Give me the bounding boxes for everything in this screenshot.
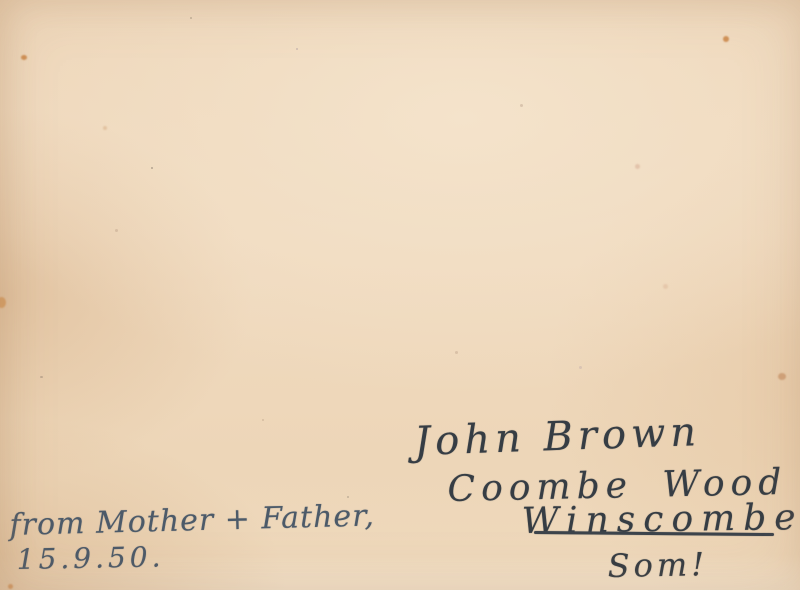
foxing-spot (0, 297, 6, 308)
foxing-spot (723, 36, 729, 42)
paper-speck (520, 104, 523, 107)
paper-speck (40, 376, 43, 378)
foxing-spot (21, 55, 27, 60)
paper-speck (115, 229, 118, 232)
foxing-spot (663, 284, 668, 289)
paper-speck (190, 17, 192, 19)
book-endpaper-photo: John Brown Coombe Wood Winscombe Som! fr… (0, 0, 800, 590)
paper-speck (347, 496, 349, 498)
inscription-owner-address-line3: Som! (607, 545, 708, 585)
foxing-spot (8, 584, 13, 589)
paper-speck (455, 351, 458, 354)
foxing-spot (635, 164, 640, 169)
inscription-gift-dedication: from Mother + Father, (9, 498, 375, 543)
foxing-spot (103, 126, 107, 130)
paper-speck (296, 48, 298, 50)
inscription-owner-name: John Brown (413, 409, 701, 465)
paper-speck (579, 366, 582, 369)
foxing-spot (778, 373, 786, 380)
paper-speck (151, 167, 153, 169)
inscription-gift-date: 15.9.50. (16, 540, 164, 576)
paper-speck (262, 419, 264, 421)
